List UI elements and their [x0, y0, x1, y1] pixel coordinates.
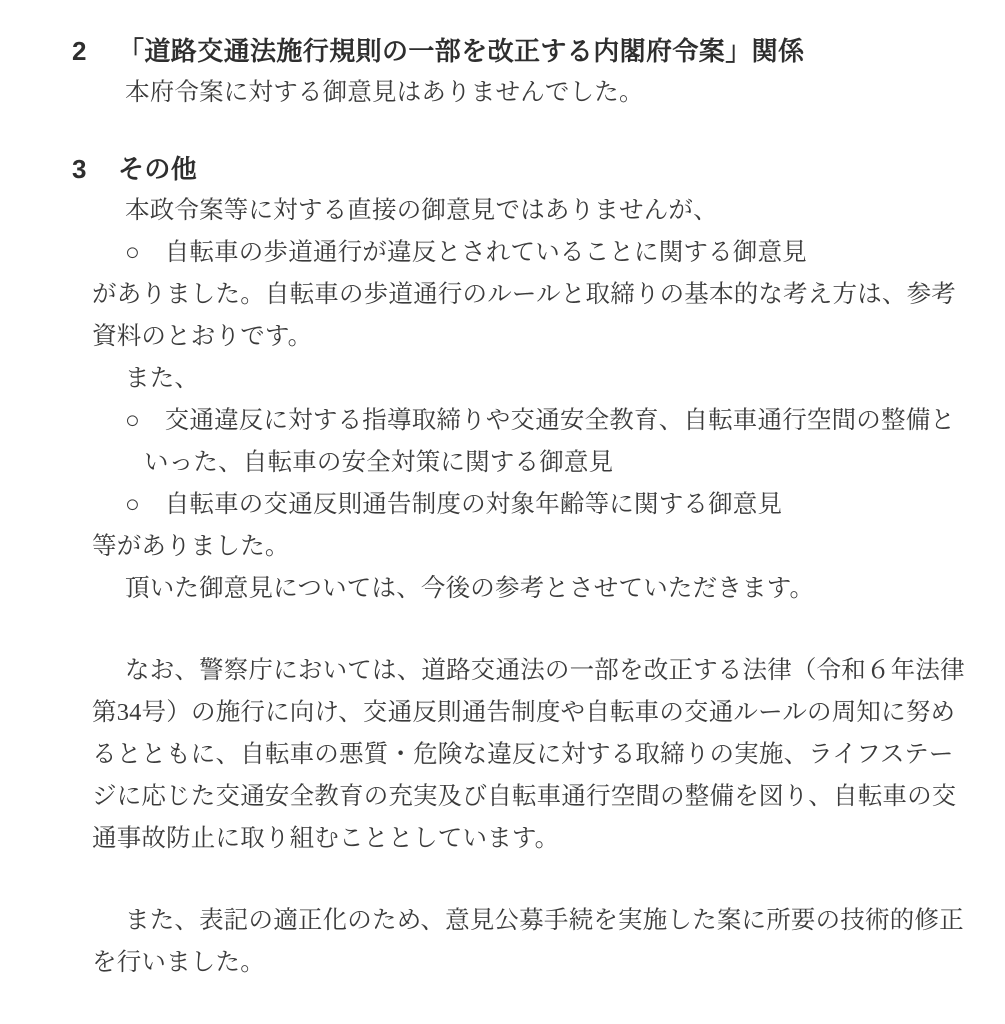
- document-page: 2「道路交通法施行規則の一部を改正する内閣府令案」関係本府令案に対する御意見はあ…: [0, 0, 1005, 1024]
- spacer: [0, 114, 1005, 148]
- section-title: その他: [118, 148, 197, 190]
- text-line: 頂いた御意見については、今後の参考とさせていただきます。: [92, 568, 1005, 610]
- text-line: 本政令案等に対する直接の御意見ではありませんが、: [92, 190, 1005, 232]
- bullet-line: ○ 自転車の交通反則通告制度の対象年齢等に関する御意見: [92, 484, 1005, 526]
- section-heading: 2「道路交通法施行規則の一部を改正する内閣府令案」関係: [72, 30, 1005, 72]
- bullet-line: ○ 自転車の歩道通行が違反とされていることに関する御意見: [92, 232, 1005, 274]
- section-heading: 3その他: [72, 148, 1005, 190]
- text-line: 資料のとおりです。: [92, 316, 1005, 358]
- document-body: 2「道路交通法施行規則の一部を改正する内閣府令案」関係本府令案に対する御意見はあ…: [0, 0, 1005, 984]
- text-line: 本府令案に対する御意見はありませんでした。: [92, 72, 1005, 114]
- section-number: 2: [72, 30, 118, 72]
- section-number: 3: [72, 148, 118, 190]
- text-line: なお、警察庁においては、道路交通法の一部を改正する法律（令和６年法律: [92, 650, 1005, 692]
- bullet-line: ○ 交通違反に対する指導取締りや交通安全教育、自転車通行空間の整備と: [92, 400, 1005, 442]
- text-line: るとともに、自転車の悪質・危険な違反に対する取締りの実施、ライフステー: [92, 734, 1005, 776]
- text-line: ジに応じた交通安全教育の充実及び自転車通行空間の整備を図り、自転車の交: [92, 776, 1005, 818]
- section-title: 「道路交通法施行規則の一部を改正する内閣府令案」関係: [118, 30, 804, 72]
- text-line: 等がありました。: [92, 526, 1005, 568]
- text-line: また、: [92, 358, 1005, 400]
- text-line: また、表記の適正化のため、意見公募手続を実施した案に所要の技術的修正: [92, 900, 1005, 942]
- text-line: 第34号）の施行に向け、交通反則通告制度や自転車の交通ルールの周知に努め: [92, 692, 1005, 734]
- text-line: いった、自転車の安全対策に関する御意見: [92, 442, 1005, 484]
- text-line: 通事故防止に取り組むこととしています。: [92, 818, 1005, 860]
- spacer: [0, 610, 1005, 650]
- spacer: [0, 860, 1005, 900]
- text-line: がありました。自転車の歩道通行のルールと取締りの基本的な考え方は、参考: [92, 274, 1005, 316]
- text-line: を行いました。: [92, 942, 1005, 984]
